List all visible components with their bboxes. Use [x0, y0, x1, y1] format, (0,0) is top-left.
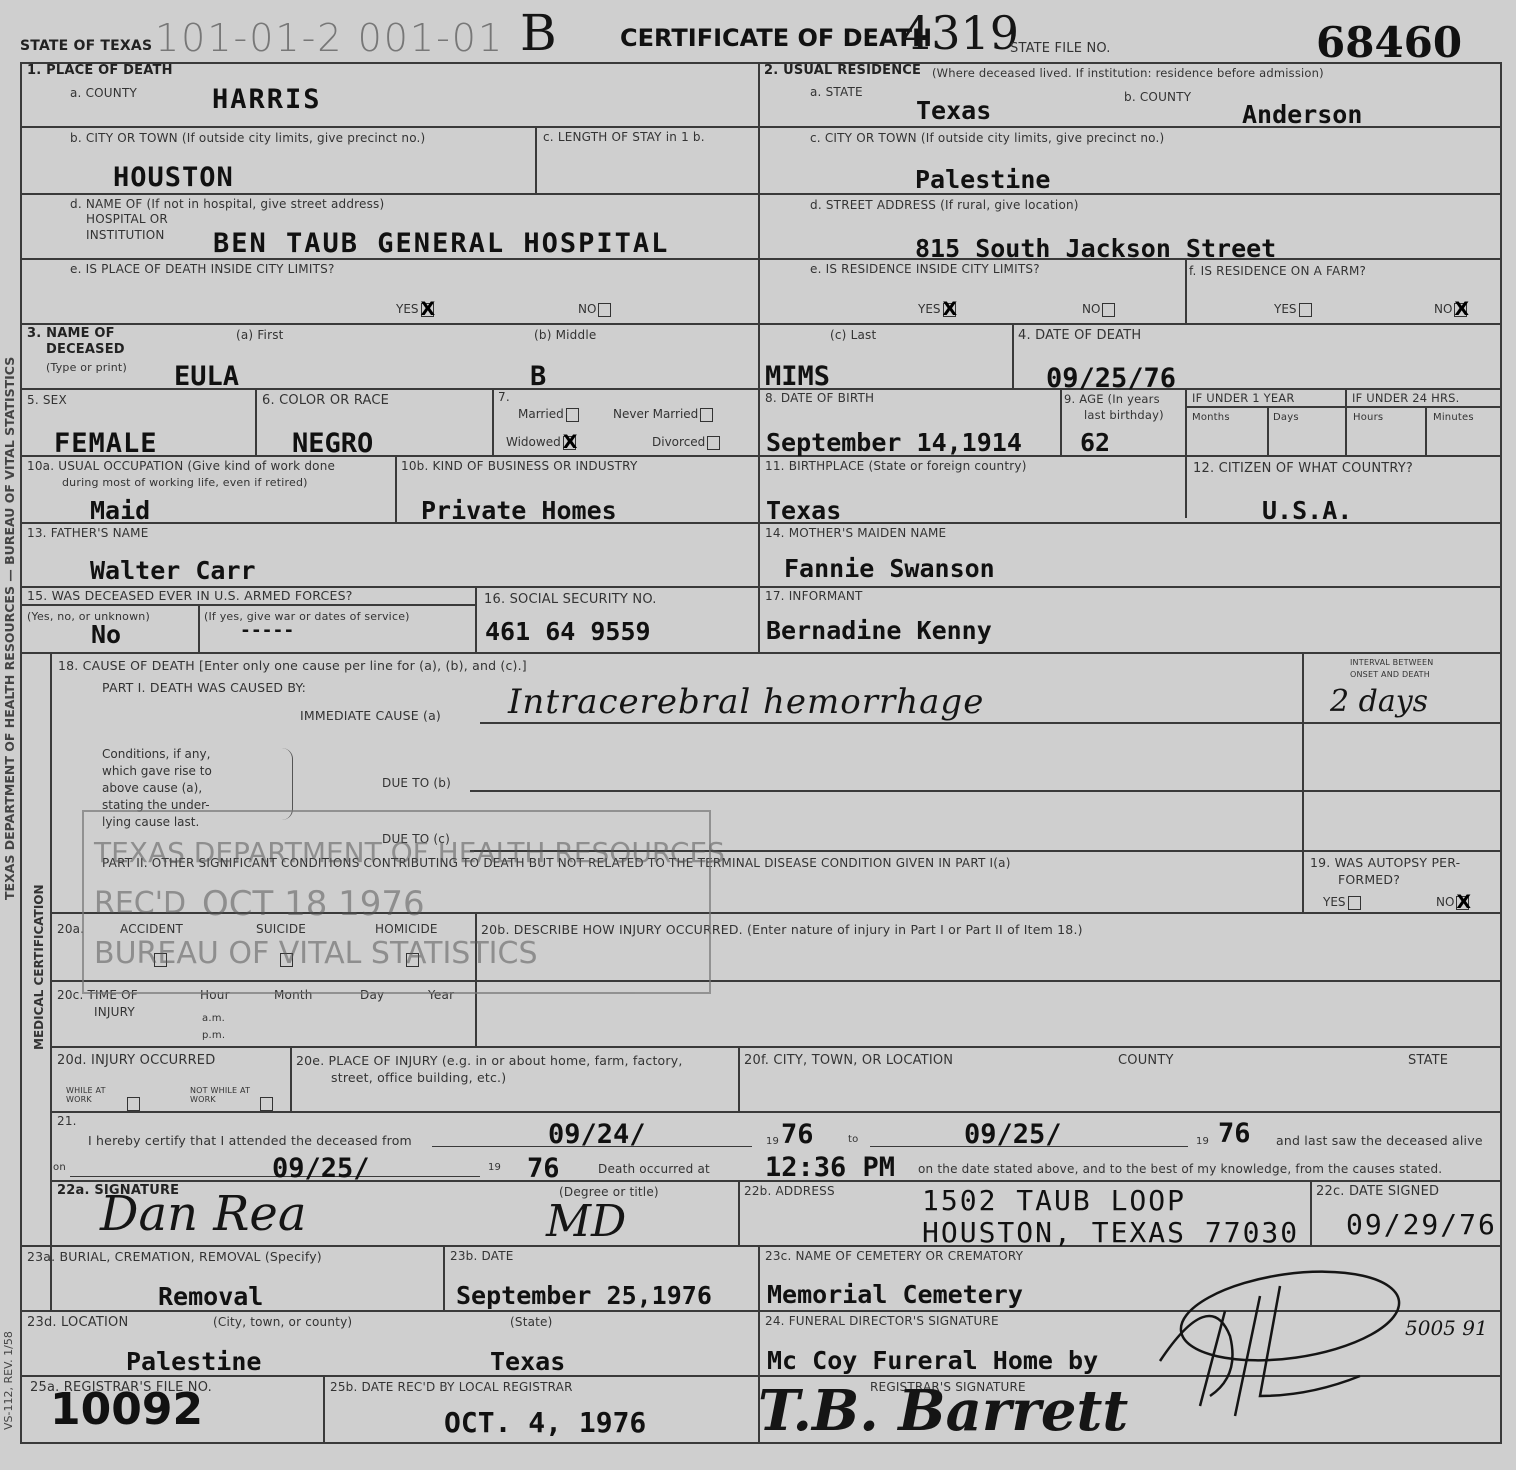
checkbox-checked-icon	[1456, 896, 1469, 910]
while-at-work-checkbox[interactable]	[125, 1093, 140, 1112]
checkbox-empty-icon	[707, 436, 720, 450]
funeral-director-value[interactable]: Mc Coy Fureral Home by	[767, 1346, 1098, 1375]
location-state-label: (State)	[510, 1315, 553, 1329]
place-of-injury-label: 20e. PLACE OF INJURY (e.g. in or about h…	[296, 1053, 683, 1068]
armed-dates-label: (If yes, give war or dates of service)	[204, 610, 410, 623]
degree-value[interactable]: MD	[546, 1196, 626, 1247]
residence-county-value[interactable]: Anderson	[1242, 100, 1362, 129]
funeral-director-signature-icon	[1140, 1266, 1410, 1426]
last-saw-date[interactable]: 09/25/	[272, 1153, 370, 1184]
residence-street-value[interactable]: 815 South Jackson Street	[915, 234, 1276, 263]
checkbox-empty-icon	[1299, 303, 1312, 317]
race-label: 6. COLOR OR RACE	[262, 393, 389, 408]
stamp-received-label: REC'D	[94, 886, 186, 921]
checkbox-checked-icon	[1454, 303, 1467, 317]
residence-note: (Where deceased lived. If institution: r…	[932, 66, 1324, 80]
disposition-method-label: 23a. BURIAL, CREMATION, REMOVAL (Specify…	[27, 1249, 322, 1264]
informant-value[interactable]: Bernadine Kenny	[766, 616, 992, 645]
attended-from-year[interactable]: 76	[781, 1119, 814, 1150]
interval-label-2: ONSET AND DEATH	[1350, 670, 1430, 679]
autopsy-label: 19. WAS AUTOPSY PER-	[1310, 855, 1460, 870]
armed-yn-value[interactable]: No	[91, 620, 121, 649]
citizen-value[interactable]: U.S.A.	[1262, 496, 1352, 525]
death-county-value[interactable]: HARRIS	[212, 84, 322, 115]
location-city-value[interactable]: Palestine	[126, 1347, 261, 1376]
last-saw-text: and last saw the deceased alive	[1276, 1133, 1483, 1148]
checkbox-empty-icon	[260, 1097, 273, 1111]
injury-city-label: 20f. CITY, TOWN, OR LOCATION	[744, 1053, 953, 1068]
date-of-death-value[interactable]: 09/25/76	[1046, 363, 1176, 394]
date-recd-value[interactable]: OCT. 4, 1976	[444, 1406, 646, 1439]
pm-label: p.m.	[202, 1030, 225, 1041]
first-name-label: (a) First	[236, 328, 284, 342]
hospital-label-2: HOSPITAL OR	[86, 212, 168, 226]
death-city-value[interactable]: HOUSTON	[113, 162, 234, 193]
death-time-value[interactable]: 12:36 PM	[765, 1152, 895, 1183]
not-while-at-work-checkbox[interactable]	[258, 1093, 273, 1112]
attended-to-date[interactable]: 09/25/	[964, 1119, 1062, 1150]
under-1-year-label: IF UNDER 1 YEAR	[1192, 391, 1295, 405]
marital-married[interactable]: Married	[518, 407, 579, 422]
residence-label: 2. USUAL RESIDENCE	[764, 63, 921, 78]
occupation-label: 10a. USUAL OCCUPATION (Give kind of work…	[27, 459, 335, 473]
ssn-value[interactable]: 461 64 9559	[485, 617, 651, 646]
registrar-file-value[interactable]: 10092	[50, 1384, 203, 1435]
residence-inside-city-yes[interactable]: YES	[918, 302, 956, 317]
residence-city-label: c. CITY OR TOWN (If outside city limits,…	[810, 131, 1164, 145]
hospital-label: d. NAME OF (If not in hospital, give str…	[70, 197, 384, 211]
checkbox-empty-icon	[1348, 896, 1361, 910]
marital-widowed[interactable]: Widowed	[506, 435, 576, 450]
last-name-value[interactable]: MIMS	[765, 361, 830, 392]
checkbox-empty-icon	[700, 408, 713, 422]
not-while-at-work-label: NOT WHILE AT WORK	[190, 1086, 255, 1104]
physician-address-line2[interactable]: HOUSTON, TEXAS 77030	[922, 1216, 1299, 1249]
date-of-death-label: 4. DATE OF DEATH	[1018, 328, 1141, 343]
interval-label: INTERVAL BETWEEN	[1350, 658, 1433, 667]
death-inside-city-no[interactable]: NO	[578, 302, 611, 317]
interval-value[interactable]: 2 days	[1330, 684, 1428, 719]
armed-dates-value[interactable]: -----	[240, 620, 294, 641]
under-24-hrs-label: IF UNDER 24 HRS.	[1352, 391, 1460, 405]
birthplace-label: 11. BIRTHPLACE (State or foreign country…	[765, 459, 1027, 473]
place-of-injury-label-2: street, office building, etc.)	[331, 1070, 506, 1085]
checkbox-empty-icon	[127, 1097, 140, 1111]
physician-address-line1[interactable]: 1502 TAUB LOOP	[922, 1184, 1186, 1217]
immediate-cause-label: IMMEDIATE CAUSE (a)	[300, 708, 441, 723]
occupation-label-2: during most of working life, even if ret…	[62, 476, 308, 489]
residence-city-value[interactable]: Palestine	[915, 165, 1050, 194]
injury-type-label: 20a.	[57, 922, 84, 936]
location-label: 23d. LOCATION	[27, 1315, 128, 1330]
location-city-label: (City, town, or county)	[213, 1315, 352, 1329]
injury-time-label-2: INJURY	[94, 1005, 135, 1019]
attended-from-date[interactable]: 09/24/	[548, 1119, 646, 1150]
residence-inside-city-no[interactable]: NO	[1082, 302, 1115, 317]
cemetery-value[interactable]: Memorial Cemetery	[767, 1280, 1023, 1309]
birthplace-value[interactable]: Texas	[766, 496, 841, 525]
injury-county-label: COUNTY	[1118, 1053, 1174, 1068]
months-label: Months	[1192, 412, 1230, 423]
immediate-cause-value[interactable]: Intracerebral hemorrhage	[508, 682, 984, 722]
checkbox-checked-icon	[563, 436, 576, 450]
armed-forces-label: 15. WAS DECEASED EVER IN U.S. ARMED FORC…	[27, 588, 353, 603]
middle-name-value[interactable]: B	[530, 361, 546, 392]
father-label: 13. FATHER'S NAME	[27, 526, 149, 540]
residence-state-value[interactable]: Texas	[916, 96, 991, 125]
residence-on-farm-label: f. IS RESIDENCE ON A FARM?	[1189, 264, 1366, 278]
checkbox-checked-icon	[943, 303, 956, 317]
date-recd-label: 25b. DATE REC'D BY LOCAL REGISTRAR	[330, 1380, 573, 1394]
death-county-label: a. COUNTY	[70, 86, 137, 100]
checkbox-empty-icon	[1102, 303, 1115, 317]
residence-state-label: a. STATE	[810, 85, 863, 99]
marital-label: 7.	[498, 390, 510, 404]
age-value[interactable]: 62	[1080, 428, 1110, 457]
dob-label: 8. DATE OF BIRTH	[765, 391, 874, 405]
last-saw-year[interactable]: 76	[527, 1153, 560, 1184]
death-occurred-label: Death occurred at	[598, 1162, 710, 1176]
certification-item-label: 21.	[57, 1114, 77, 1128]
form-id-side-text: VS-112, REV. 1/58	[2, 1331, 15, 1430]
while-at-work-label: WHILE AT WORK	[66, 1086, 121, 1104]
middle-name-label: (b) Middle	[534, 328, 596, 342]
autopsy-yes[interactable]: YES	[1323, 895, 1361, 910]
hospital-label-3: INSTITUTION	[86, 228, 165, 242]
disposition-date-label: 23b. DATE	[450, 1249, 514, 1263]
from-year-prefix: 19	[766, 1136, 779, 1147]
place-of-death-label: 1. PLACE OF DEATH	[27, 63, 173, 78]
hospital-value[interactable]: BEN TAUB GENERAL HOSPITAL	[213, 228, 669, 259]
handwritten-number: 4319	[902, 6, 1019, 60]
ssn-label: 16. SOCIAL SECURITY NO.	[484, 592, 657, 607]
race-value[interactable]: NEGRO	[292, 428, 373, 459]
on-year-prefix: 19	[488, 1162, 501, 1173]
funeral-director-label: 24. FUNERAL DIRECTOR'S SIGNATURE	[765, 1314, 999, 1328]
injury-occurred-label: 20d. INJURY OCCURRED	[57, 1053, 215, 1068]
state-file-number: 68460	[1316, 18, 1462, 67]
checkbox-empty-icon	[598, 303, 611, 317]
residence-on-farm-no[interactable]: NO	[1434, 302, 1467, 317]
to-label: to	[848, 1134, 858, 1145]
mother-value[interactable]: Fannie Swanson	[784, 554, 995, 583]
residence-inside-city-label: e. IS RESIDENCE INSIDE CITY LIMITS?	[810, 262, 1040, 276]
state-label: STATE OF TEXAS	[20, 38, 152, 54]
cemetery-label: 23c. NAME OF CEMETERY OR CREMATORY	[765, 1249, 1023, 1263]
sex-value[interactable]: FEMALE	[54, 428, 158, 459]
dob-value[interactable]: September 14,1914	[766, 428, 1022, 457]
age-label-2: last birthday)	[1084, 408, 1164, 422]
mother-label: 14. MOTHER'S MAIDEN NAME	[765, 526, 946, 540]
handwritten-letter: B	[520, 4, 557, 62]
citizen-label: 12. CITIZEN OF WHAT COUNTRY?	[1193, 461, 1413, 476]
checkbox-checked-icon	[421, 303, 434, 317]
physician-signature[interactable]: Dan Rea	[100, 1186, 306, 1242]
length-of-stay-label: c. LENGTH OF STAY in 1 b.	[543, 131, 723, 144]
stamp-line3: BUREAU OF VITAL STATISTICS	[94, 936, 538, 971]
injury-state-label: STATE	[1408, 1053, 1448, 1068]
date-signed-label: 22c. DATE SIGNED	[1316, 1184, 1439, 1199]
attended-to-year[interactable]: 76	[1218, 1118, 1251, 1149]
armed-yn-label: (Yes, no, or unknown)	[27, 610, 150, 623]
certificate-title: CERTIFICATE OF DEATH	[620, 24, 932, 52]
days-label: Days	[1273, 412, 1299, 423]
marital-never-married[interactable]: Never Married	[613, 407, 713, 422]
stamp-received-date: OCT 18 1976	[202, 884, 425, 924]
cause-of-death-label: 18. CAUSE OF DEATH [Enter only one cause…	[58, 658, 527, 673]
residence-street-label: d. STREET ADDRESS (If rural, give locati…	[810, 198, 1079, 212]
death-inside-city-yes[interactable]: YES	[396, 302, 434, 317]
checkbox-empty-icon	[566, 408, 579, 422]
first-name-value[interactable]: EULA	[174, 361, 239, 392]
informant-label: 17. INFORMANT	[765, 589, 863, 603]
am-label: a.m.	[202, 1013, 225, 1024]
part1-label: PART I. DEATH WAS CAUSED BY:	[102, 680, 306, 695]
state-file-label: STATE FILE NO.	[1010, 41, 1111, 56]
marital-divorced[interactable]: Divorced	[652, 435, 720, 450]
registrar-signature[interactable]: T.B. Barrett	[758, 1378, 1128, 1444]
disposition-date-value[interactable]: September 25,1976	[456, 1281, 712, 1310]
medical-certification-side-text: MEDICAL CERTIFICATION	[32, 884, 46, 1050]
business-label: 10b. KIND OF BUSINESS OR INDUSTRY	[401, 459, 637, 473]
residence-on-farm-yes[interactable]: YES	[1274, 302, 1312, 317]
to-year-prefix: 19	[1196, 1136, 1209, 1147]
father-value[interactable]: Walter Carr	[90, 556, 256, 585]
department-side-text: TEXAS DEPARTMENT OF HEALTH RESOURCES — B…	[2, 357, 17, 900]
funeral-director-note: 5005 91	[1405, 1316, 1488, 1340]
disposition-method-value[interactable]: Removal	[158, 1282, 263, 1311]
autopsy-label-2: FORMED?	[1338, 872, 1400, 887]
certify-text: I hereby certify that I attended the dec…	[88, 1133, 412, 1148]
business-value[interactable]: Private Homes	[421, 496, 617, 525]
minutes-label: Minutes	[1433, 412, 1474, 423]
on-label: on	[53, 1162, 66, 1173]
due-to-b-label: DUE TO (b)	[382, 776, 451, 790]
occupation-value[interactable]: Maid	[90, 496, 150, 525]
residence-county-label: b. COUNTY	[1124, 90, 1191, 104]
sex-label: 5. SEX	[27, 393, 67, 407]
last-name-label: (c) Last	[830, 328, 876, 342]
name-label: 3. NAME OF	[27, 326, 115, 341]
hours-label: Hours	[1353, 412, 1383, 423]
autopsy-no[interactable]: NO	[1436, 895, 1469, 910]
age-label: 9. AGE (In years	[1064, 392, 1160, 406]
certify-text-2: on the date stated above, and to the bes…	[918, 1162, 1442, 1176]
physician-address-label: 22b. ADDRESS	[744, 1184, 835, 1198]
location-state-value[interactable]: Texas	[490, 1347, 565, 1376]
death-inside-city-label: e. IS PLACE OF DEATH INSIDE CITY LIMITS?	[70, 262, 335, 276]
death-city-label: b. CITY OR TOWN (If outside city limits,…	[70, 131, 425, 145]
stamp-line1: TEXAS DEPARTMENT OF HEALTH RESOURCES	[94, 836, 725, 869]
handwritten-codes: 101-01-2 001-01	[155, 16, 504, 60]
name-label-2: DECEASED	[46, 342, 125, 357]
date-signed-value[interactable]: 09/29/76	[1346, 1208, 1497, 1241]
received-stamp: TEXAS DEPARTMENT OF HEALTH RESOURCES REC…	[82, 810, 711, 994]
name-label-3: (Type or print)	[46, 361, 127, 374]
